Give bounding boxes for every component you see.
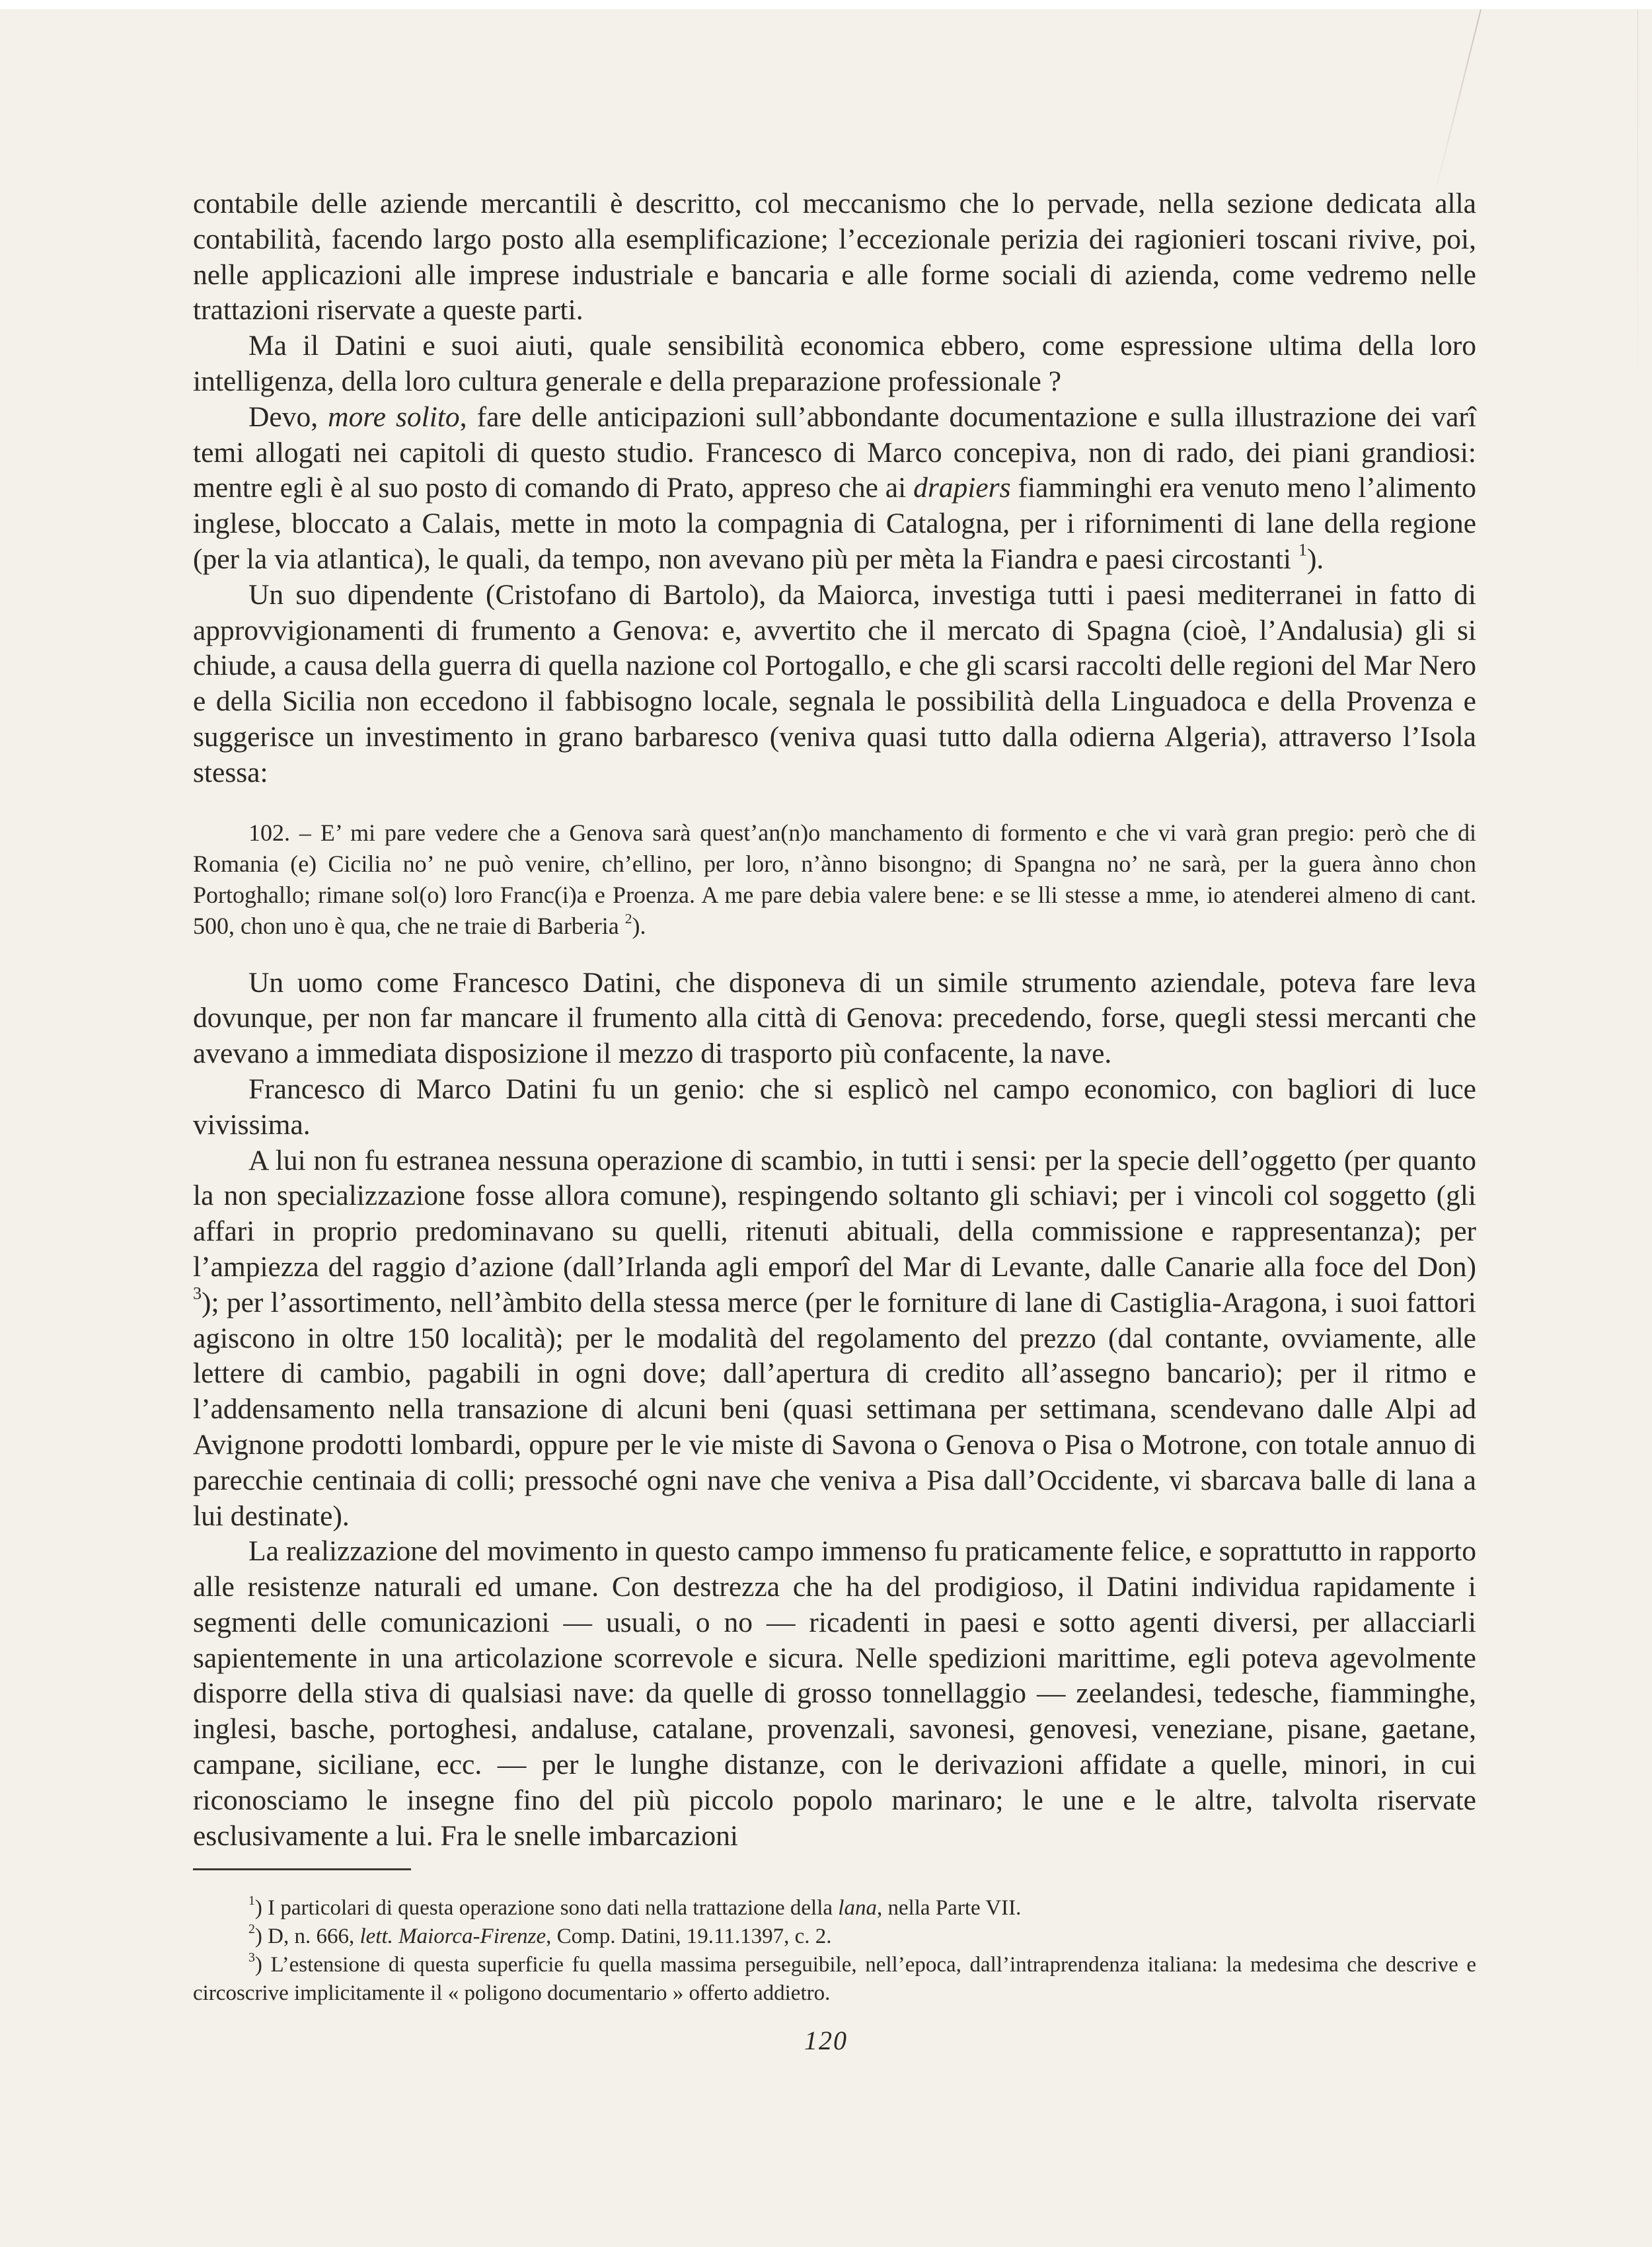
paragraph-p8: La realizzazione del movimento in questo… xyxy=(193,1534,1476,1854)
text-run: I particolari di questa operazione sono … xyxy=(262,1896,838,1920)
page-body: contabile delle aziende mercantili è des… xyxy=(193,186,1476,2008)
text-run: Un uomo come Francesco Datini, che dispo… xyxy=(193,967,1476,1070)
paragraph-p5: Un uomo come Francesco Datini, che dispo… xyxy=(193,966,1476,1072)
text-run: , nella Parte VII. xyxy=(877,1896,1021,1920)
text-run: contabile delle aziende mercantili è des… xyxy=(193,188,1476,326)
footnote-marker-paren: ) xyxy=(255,1924,262,1948)
footnote-marker: 1 xyxy=(248,1894,255,1909)
footnote-2: 2) D, n. 666, lett. Maiorca-Firenze, Com… xyxy=(193,1923,1476,1951)
text-run: Devo, xyxy=(248,401,328,433)
footnote-marker: 3 xyxy=(248,1951,255,1965)
paper-fold-line xyxy=(1637,9,1638,406)
text-run: L’estensione di questa superficie fu que… xyxy=(193,1953,1476,2005)
text-run: A lui non fu estranea nessuna operazione… xyxy=(193,1145,1476,1283)
paragraph-p1: contabile delle aziende mercantili è des… xyxy=(193,186,1476,328)
text-run: ); per l’assortimento, nell’àmbito della… xyxy=(193,1287,1476,1532)
text-run: ). xyxy=(1307,543,1324,575)
paragraph-p3: Devo, more solito, fare delle anticipazi… xyxy=(193,400,1476,578)
text-run: Ma il Datini e suoi aiuti, quale sensibi… xyxy=(193,330,1476,397)
paragraph-p2: Ma il Datini e suoi aiuti, quale sensibi… xyxy=(193,328,1476,400)
italic-text: lett. Maiorca-Firenze xyxy=(359,1924,546,1948)
footnote-marker-paren: ) xyxy=(255,1896,262,1920)
block-quote-102: 102. – E’ mi pare vedere che a Genova sa… xyxy=(193,818,1476,942)
footnote-marker: 2 xyxy=(248,1923,255,1937)
footnote-separator xyxy=(193,1868,411,1870)
footnotes: 1) I particolari di questa operazione so… xyxy=(193,1894,1476,2008)
text-run: Francesco di Marco Datini fu un genio: c… xyxy=(193,1073,1476,1141)
text-run: D, n. 666, xyxy=(262,1924,360,1948)
footnote-reference: 1 xyxy=(1298,540,1307,559)
paragraph-p6: Francesco di Marco Datini fu un genio: c… xyxy=(193,1072,1476,1143)
paragraph-p4: Un suo dipendente (Cristofano di Bartolo… xyxy=(193,578,1476,791)
footnote-reference: 3 xyxy=(193,1283,202,1303)
text-run: 102. – E’ mi pare vedere che a Genova sa… xyxy=(193,819,1476,939)
text-run: Un suo dipendente (Cristofano di Bartolo… xyxy=(193,579,1476,788)
footnote-marker-paren: ) xyxy=(255,1953,262,1977)
italic-text: more solito xyxy=(328,401,460,433)
text-run: ). xyxy=(632,913,646,939)
text-run: , Comp. Datini, 19.11.1397, c. 2. xyxy=(546,1924,831,1948)
body-paragraphs-after-quote: Un uomo come Francesco Datini, che dispo… xyxy=(193,966,1476,1854)
footnote-1: 1) I particolari di questa operazione so… xyxy=(193,1894,1476,1923)
paper-crease xyxy=(1432,9,1482,202)
italic-text: lana xyxy=(838,1896,877,1920)
footnote-reference: 2 xyxy=(625,910,632,926)
body-paragraphs-before-quote: contabile delle aziende mercantili è des… xyxy=(193,186,1476,791)
page-number: 120 xyxy=(0,2025,1652,2056)
scan-top-edge xyxy=(0,0,1652,9)
paragraph-p7: A lui non fu estranea nessuna operazione… xyxy=(193,1143,1476,1535)
text-run: La realizzazione del movimento in questo… xyxy=(193,1535,1476,1851)
footnote-3: 3) L’estensione di questa superficie fu … xyxy=(193,1951,1476,2008)
italic-text: drapiers xyxy=(913,472,1010,504)
